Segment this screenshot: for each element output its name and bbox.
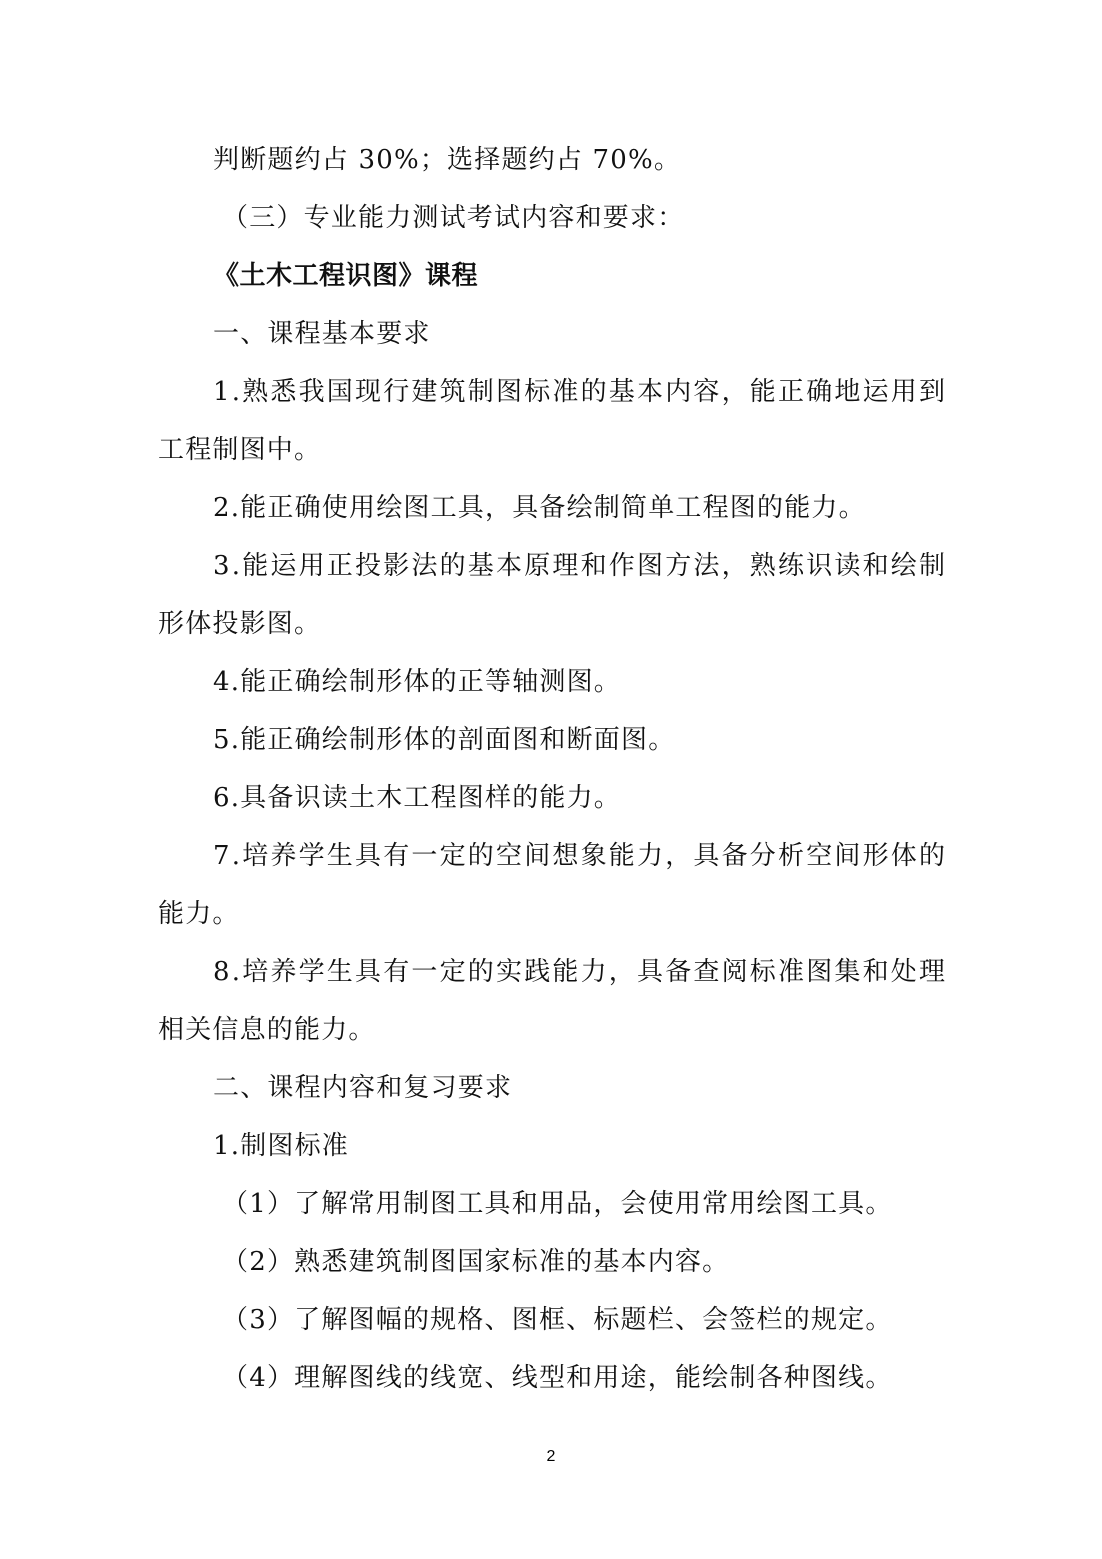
standards-item-2: （2）熟悉建筑制图国家标准的基本内容。	[222, 1244, 1002, 1280]
requirement-item-8: 8.培养学生具有一定的实践能力，具备查阅标准图集和处理	[213, 954, 993, 990]
heading-content-and-review: 二、课程内容和复习要求	[213, 1070, 993, 1106]
subheading-drawing-standards: 1.制图标准	[213, 1128, 993, 1164]
requirement-item-7: 7.培养学生具有一定的空间想象能力，具备分析空间形体的	[213, 838, 993, 874]
standards-item-4: （4）理解图线的线宽、线型和用途，能绘制各种图线。	[222, 1360, 1002, 1396]
page-number: 2	[0, 1446, 1102, 1468]
requirement-item-2: 2.能正确使用绘图工具，具备绘制简单工程图的能力。	[213, 490, 993, 526]
heading-basic-requirements: 一、课程基本要求	[213, 316, 993, 352]
requirement-item-5: 5.能正确绘制形体的剖面图和断面图。	[213, 722, 993, 758]
requirement-item-8-continued: 相关信息的能力。	[158, 1012, 938, 1048]
requirement-item-3-continued: 形体投影图。	[158, 606, 938, 642]
section-heading-professional-test: （三）专业能力测试考试内容和要求：	[222, 200, 1002, 236]
standards-item-3: （3）了解图幅的规格、图框、标题栏、会签栏的规定。	[222, 1302, 1002, 1338]
requirement-item-1-continued: 工程制图中。	[158, 432, 938, 468]
requirement-item-4: 4.能正确绘制形体的正等轴测图。	[213, 664, 993, 700]
requirement-item-7-continued: 能力。	[158, 896, 938, 932]
requirement-item-1: 1.熟悉我国现行建筑制图标准的基本内容，能正确地运用到	[213, 374, 993, 410]
requirement-item-3: 3.能运用正投影法的基本原理和作图方法，熟练识读和绘制	[213, 548, 993, 584]
paragraph-score-ratio: 判断题约占 30%；选择题约占 70%。	[213, 142, 993, 178]
document-page: 判断题约占 30%；选择题约占 70%。 （三）专业能力测试考试内容和要求： 《…	[0, 0, 1102, 1559]
standards-item-1: （1）了解常用制图工具和用品，会使用常用绘图工具。	[222, 1186, 1002, 1222]
requirement-item-6: 6.具备识读土木工程图样的能力。	[213, 780, 993, 816]
course-title: 《土木工程识图》课程	[213, 258, 993, 294]
